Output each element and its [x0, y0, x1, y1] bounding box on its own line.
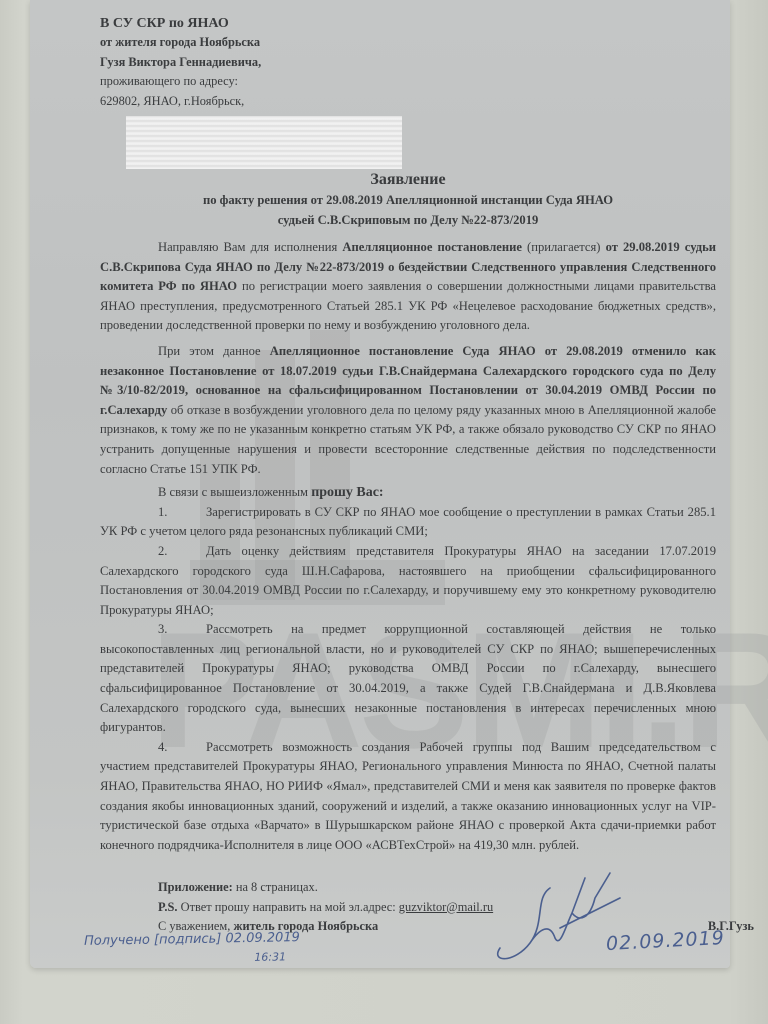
- letter-content: В СУ СКР по ЯНАО от жителя города Ноябрь…: [100, 14, 716, 111]
- title-subtitle-1: по факту решения от 29.08.2019 Апелляцио…: [100, 191, 716, 211]
- document-page: PASMI.RU В СУ СКР по ЯНАО от жителя горо…: [30, 0, 730, 968]
- sender-name: Гузя Виктора Геннадиевича,: [100, 53, 716, 72]
- title-subtitle-2: судьей С.В.Скриповым по Делу №22-873/201…: [100, 211, 716, 231]
- request-intro-text: В связи с вышеизложенным: [158, 485, 311, 499]
- paragraph-1: Направляю Вам для исполнения Апелляционн…: [100, 238, 716, 336]
- item-number: 3.: [110, 620, 206, 640]
- received-time: 16:31: [254, 950, 286, 964]
- attachment-line: Приложение: на 8 страницах.: [158, 878, 718, 898]
- item-number: 4.: [110, 738, 206, 758]
- request-item-4: 4.Рассмотреть возможность создания Рабоч…: [100, 738, 716, 856]
- request-item-2: 2.Дать оценку действиям представителя Пр…: [100, 542, 716, 620]
- letter-footer: Приложение: на 8 страницах. P.S. Ответ п…: [158, 878, 718, 937]
- attachment-label: Приложение:: [158, 880, 233, 894]
- paragraph-2: При этом данное Апелляционное постановле…: [100, 342, 716, 479]
- address-block: В СУ СКР по ЯНАО от жителя города Ноябрь…: [100, 14, 716, 111]
- request-item-3: 3.Рассмотреть на предмет коррупционной с…: [100, 620, 716, 738]
- request-intro: В связи с вышеизложенным прошу Вас:: [100, 483, 716, 503]
- p1-text-1: Направляю Вам для исполнения: [158, 240, 342, 254]
- from-line: от жителя города Ноябрьска: [100, 33, 716, 52]
- document-title: Заявление по факту решения от 29.08.2019…: [100, 169, 716, 230]
- letter-body: Направляю Вам для исполнения Апелляционн…: [100, 238, 716, 855]
- address-label: проживающего по адресу:: [100, 72, 716, 91]
- p1-bold-1: Апелляционное постановление: [342, 240, 522, 254]
- item-text: Рассмотреть на предмет коррупционной сос…: [100, 622, 716, 734]
- ps-line: P.S. Ответ прошу направить на мой эл.адр…: [158, 898, 718, 918]
- request-intro-bold: прошу Вас:: [311, 485, 383, 500]
- p1-text-2: (прилагается): [522, 240, 606, 254]
- title-heading: Заявление: [100, 169, 716, 191]
- p2-text-2: об отказе в возбуждении уголовного дела …: [100, 403, 716, 476]
- item-number: 1.: [110, 503, 206, 523]
- item-number: 2.: [110, 542, 206, 562]
- address-city: 629802, ЯНАО, г.Ноябрьск,: [100, 92, 716, 111]
- ps-label: P.S.: [158, 900, 178, 914]
- item-text: Рассмотреть возможность создания Рабочей…: [100, 740, 716, 852]
- attachment-text: на 8 страницах.: [233, 880, 318, 894]
- request-item-1: 1.Зарегистрировать в СУ СКР по ЯНАО мое …: [100, 503, 716, 542]
- email-link[interactable]: guzviktor@mail.ru: [399, 900, 493, 914]
- ps-text: Ответ прошу направить на мой эл.адрес:: [178, 900, 399, 914]
- redacted-address: [126, 116, 402, 169]
- p2-text-1: При этом данное: [158, 344, 270, 358]
- recipient: В СУ СКР по ЯНАО: [100, 14, 716, 33]
